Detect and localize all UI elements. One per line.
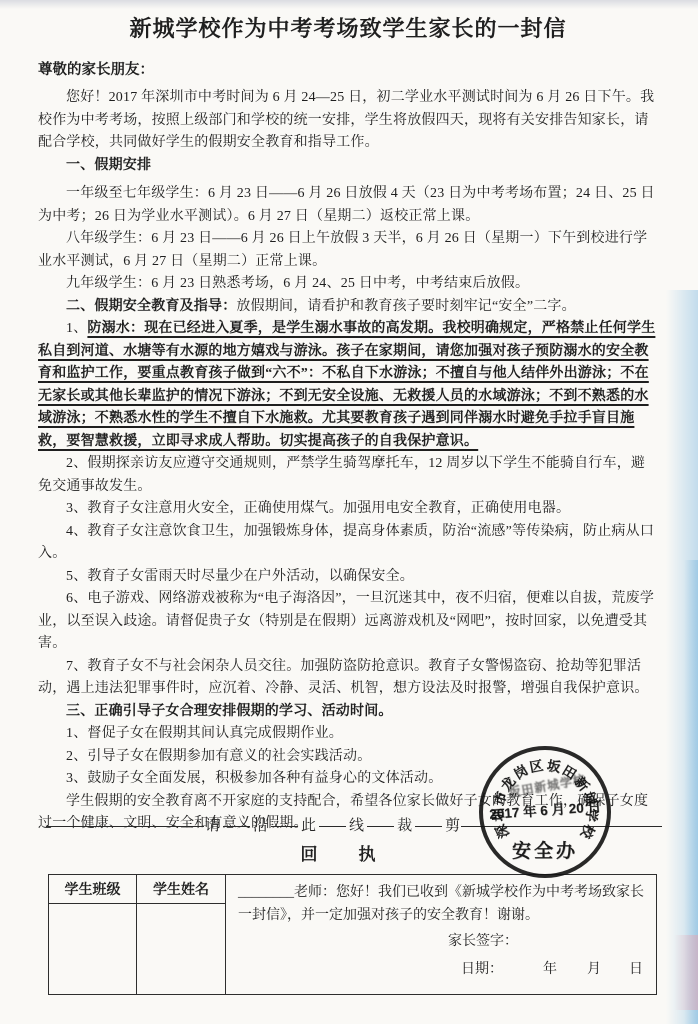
- cutline-char: 请: [204, 817, 221, 835]
- section-heading-1: 一、假期安排: [38, 155, 658, 178]
- stamp-ring-char: 区: [528, 754, 545, 776]
- scan-noise-top: [0, 0, 698, 9]
- paragraph-thunder: 5、教育子女雷雨天时尽量少在户外活动，以确保安全。: [38, 566, 658, 589]
- name-header-cell: 学生姓名: [137, 875, 226, 904]
- paragraph-intro: 您好！2017 年深圳市中考时间为 6 月 24—25 日，初二学业水平测试时间…: [38, 87, 658, 155]
- school-safety-office-stamp: 坂田新城学校 2017 年 6 月 20 日 安全办 深圳市龙岗区坂田新城学校: [479, 746, 611, 878]
- reply-message: ________老师：您好！我们已收到《新城学校作为中考考场致家长一封信》，并一…: [238, 882, 644, 927]
- paragraph-grade-8: 八年级学生：6 月 23 日——6 月 26 日上午放假 3 天半，6 月 26…: [38, 228, 658, 273]
- paragraph-traffic: 2、假期探亲访友应遵守交通规则，严禁学生骑驾摩托车，12 周岁以下学生不能骑自行…: [38, 453, 658, 498]
- stamp-ring-char: 深: [490, 822, 514, 843]
- dash-segment: [319, 826, 346, 827]
- cutline-char: 沿: [252, 817, 269, 835]
- dash-segment: [415, 826, 442, 827]
- name-input-cell: [137, 904, 226, 994]
- dash-segment: [367, 826, 394, 827]
- class-input-cell: [49, 904, 137, 994]
- stamp-ring-char: 学: [582, 808, 603, 823]
- paragraph-crime: 7、教育子女不与社会闲杂人员交往。加强防盗防抢意识。教育子女警惕盗窃、抢劫等犯罪…: [38, 656, 658, 701]
- class-header-cell: 学生班级: [49, 875, 137, 904]
- scanned-letter-page: 新城学校作为中考考场致学生家长的一封信 尊敬的家长朋友： 您好！2017 年深圳…: [0, 0, 698, 1024]
- section-heading-3: 三、正确引导子女合理安排假期的学习、活动时间。: [38, 701, 658, 724]
- paragraph-grades-1-7: 一年级至七年级学生：6 月 23 日——6 月 26 日放假 4 天（23 日为…: [38, 183, 658, 228]
- cutline-char: 裁: [396, 817, 413, 835]
- cutline-char: 剪: [444, 817, 461, 835]
- date-line: 日期： 年 月 日: [461, 959, 644, 982]
- date-label: 日期：: [461, 959, 503, 982]
- stamp-ring-char: 校: [577, 822, 601, 843]
- reply-message-cell: ________老师：您好！我们已收到《新城学校作为中考考场致家长一封信》，并一…: [226, 875, 656, 994]
- cutline-char: 此: [300, 817, 317, 835]
- stamp-office-label: 安全办: [512, 836, 578, 863]
- salutation: 尊敬的家长朋友：: [38, 58, 658, 79]
- reply-slip-table: 学生班级 学生姓名 ________老师：您好！我们已收到《新城学校作为中考考场…: [48, 874, 657, 995]
- dash-segment: [271, 826, 298, 827]
- month-label: 月: [587, 959, 601, 982]
- scan-pink-smudge: [674, 935, 698, 1010]
- section-heading-2: 二、假期安全教育及指导：放假期间，请看护和教育孩子要时刻牢记“安全”二字。: [38, 296, 658, 319]
- paragraph-health: 4、教育子女注意饮食卫生，加强锻炼身体，提高身体素质，防治“流感”等传染病，防止…: [38, 521, 658, 566]
- dash-segment: [46, 826, 204, 827]
- day-label: 日: [629, 959, 643, 982]
- paragraph-drowning: 1、防溺水：现在已经进入夏季，是学生溺水事故的高发期。我校明确规定，严格禁止任何…: [38, 318, 658, 453]
- stamp-ring-char: 圳: [487, 808, 508, 823]
- letter-title: 新城学校作为中考考场致学生家长的一封信: [38, 12, 658, 43]
- paragraph-games: 6、电子游戏、网络游戏被称为“电子海洛因”，一旦沉迷其中，夜不归宿，便难以自拔，…: [38, 588, 658, 656]
- parent-signature-label: 家长签字：: [448, 931, 644, 954]
- dash-segment: [223, 826, 250, 827]
- paragraph-homework: 1、督促子女在假期其间认真完成假期作业。: [38, 723, 658, 746]
- paragraph-fire: 3、教育子女注意用火安全，正确使用煤气。加强用电安全教育，正确使用电器。: [38, 498, 658, 521]
- year-label: 年: [543, 959, 557, 982]
- paragraph-grade-9: 九年级学生：6 月 23 日熟悉考场，6 月 24、25 日中考，中考结束后放假…: [38, 273, 658, 296]
- letter-body: 新城学校作为中考考场致学生家长的一封信 尊敬的家长朋友： 您好！2017 年深圳…: [38, 12, 658, 836]
- cutline-char: 线: [348, 817, 365, 835]
